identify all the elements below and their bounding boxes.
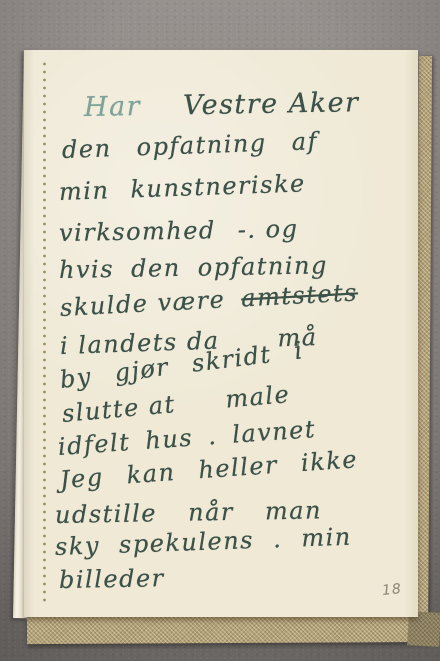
handwriting-segment: den opfatning af [62,127,319,164]
handwriting-segment: virksomhed [59,216,216,247]
handwriting-line: HarVestre Aker [84,89,360,121]
handwriting-line: min kunstneriske [59,171,306,204]
handwriting-segment: male [224,380,291,414]
handwriting-segment: min kunstneriske [59,169,307,206]
handwriting-line: skulde væreamtstets [59,280,358,320]
notebook-page: HarVestre Akerden opfatning afmin kunstn… [24,50,418,617]
handwriting-line: hvis den opfatning [59,253,328,282]
handwriting-segment: slutte at [61,390,177,428]
handwriting-line: billeder [59,566,165,592]
handwriting-segment: hvis den opfatning [59,251,328,284]
handwriting-block: HarVestre Akerden opfatning afmin kunstn… [24,50,418,617]
page-number: 18 [381,581,402,599]
handwriting-segment: Vestre Aker [183,87,360,121]
handwriting-line: udstille når man [55,498,322,527]
handwriting-segment: -. og [238,215,299,244]
handwriting-segment: billeder [59,564,165,594]
handwriting-line: virksomhed-. og [59,217,299,245]
handwriting-word-struck-out: amtstets [241,278,359,312]
photo-notebook: HarVestre Akerden opfatning afmin kunstn… [0,0,440,661]
cover-edge-bottom [27,615,433,644]
handwriting-segment: skulde være [59,285,226,322]
handwriting-segment: Har [84,91,142,123]
handwriting-line: den opfatning af [62,129,319,162]
handwriting-segment: sky spekulens . min [55,523,353,561]
handwriting-line: sky spekulens . min [55,525,353,559]
